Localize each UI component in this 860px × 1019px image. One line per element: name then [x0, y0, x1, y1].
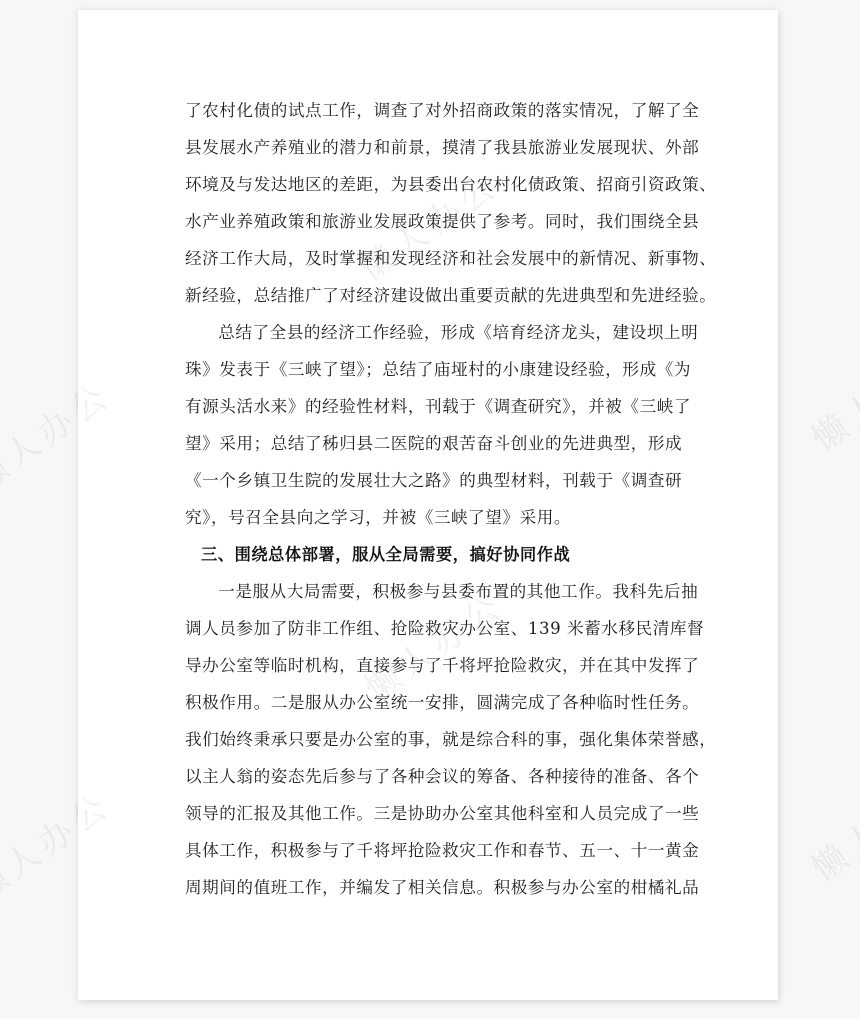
text-line: 县发展水产养殖业的潜力和前景，摸清了我县旅游业发展现状、外部 — [185, 129, 675, 166]
text-line: 总结了全县的经济工作经验，形成《培育经济龙头，建设坝上明 — [185, 314, 675, 351]
paragraph-2: 总结了全县的经济工作经验，形成《培育经济龙头，建设坝上明 珠》发表于《三峡了望》… — [185, 314, 675, 536]
text-line: 积极作用。二是服从办公室统一安排，圆满完成了各种临时性任务。 — [185, 684, 675, 721]
text-line: 新经验，总结推广了对经济建设做出重要贡献的先进典型和先进经验。 — [185, 277, 675, 314]
watermark: 懒人办公 — [800, 759, 860, 891]
text-line: 导办公室等临时机构，直接参与了千将坪抢险救灾，并在其中发挥了 — [185, 647, 675, 684]
document-body: 了农村化债的试点工作，调查了对外招商政策的落实情况，了解了全 县发展水产养殖业的… — [185, 92, 675, 906]
document-page: 懒人办公 懒人办公 了农村化债的试点工作，调查了对外招商政策的落实情况，了解了全… — [78, 10, 778, 1000]
text-line: 经济工作大局，及时掌握和发现经济和社会发展中的新情况、新事物、 — [185, 240, 675, 277]
text-line: 以主人翁的姿态先后参与了各种会议的筹备、各种接待的准备、各个 — [185, 758, 675, 795]
text-line: 领导的汇报及其他工作。三是协助办公室其他科室和人员完成了一些 — [185, 795, 675, 832]
text-line: 究》，号召全县向之学习，并被《三峡了望》采用。 — [185, 499, 675, 536]
section-heading: 三、围绕总体部署，服从全局需要，搞好协同作战 — [185, 536, 675, 573]
watermark: 懒人办公 — [800, 329, 860, 461]
text-line: 珠》发表于《三峡了望》；总结了庙垭村的小康建设经验，形成《为 — [185, 351, 675, 388]
text-line: 一是服从大局需要，积极参与县委布置的其他工作。我科先后抽 — [185, 573, 675, 610]
text-line: 望》采用；总结了秭归县二医院的艰苦奋斗创业的先进典型，形成 — [185, 425, 675, 462]
text-line: 调人员参加了防非工作组、抢险救灾办公室、139 米蓄水移民清库督 — [185, 610, 675, 647]
text-line: 水产业养殖政策和旅游业发展政策提供了参考。同时，我们围绕全县 — [185, 203, 675, 240]
paragraph-3: 一是服从大局需要，积极参与县委布置的其他工作。我科先后抽 调人员参加了防非工作组… — [185, 573, 675, 906]
paragraph-1: 了农村化债的试点工作，调查了对外招商政策的落实情况，了解了全 县发展水产养殖业的… — [185, 92, 675, 314]
text-line: 环境及与发达地区的差距，为县委出台农村化债政策、招商引资政策、 — [185, 166, 675, 203]
text-line: 我们始终秉承只要是办公室的事，就是综合科的事，强化集体荣誉感， — [185, 721, 675, 758]
text-line: 具体工作，积极参与了千将坪抢险救灾工作和春节、五一、十一黄金 — [185, 832, 675, 869]
text-line: 周期间的值班工作，并编发了相关信息。积极参与办公室的柑橘礼品 — [185, 869, 675, 906]
text-line: 有源头活水来》的经验性材料，刊载于《调查研究》，并被《三峡了 — [185, 388, 675, 425]
text-line: 《一个乡镇卫生院的发展壮大之路》的典型材料，刊载于《调查研 — [185, 462, 675, 499]
text-line: 了农村化债的试点工作，调查了对外招商政策的落实情况，了解了全 — [185, 92, 675, 129]
